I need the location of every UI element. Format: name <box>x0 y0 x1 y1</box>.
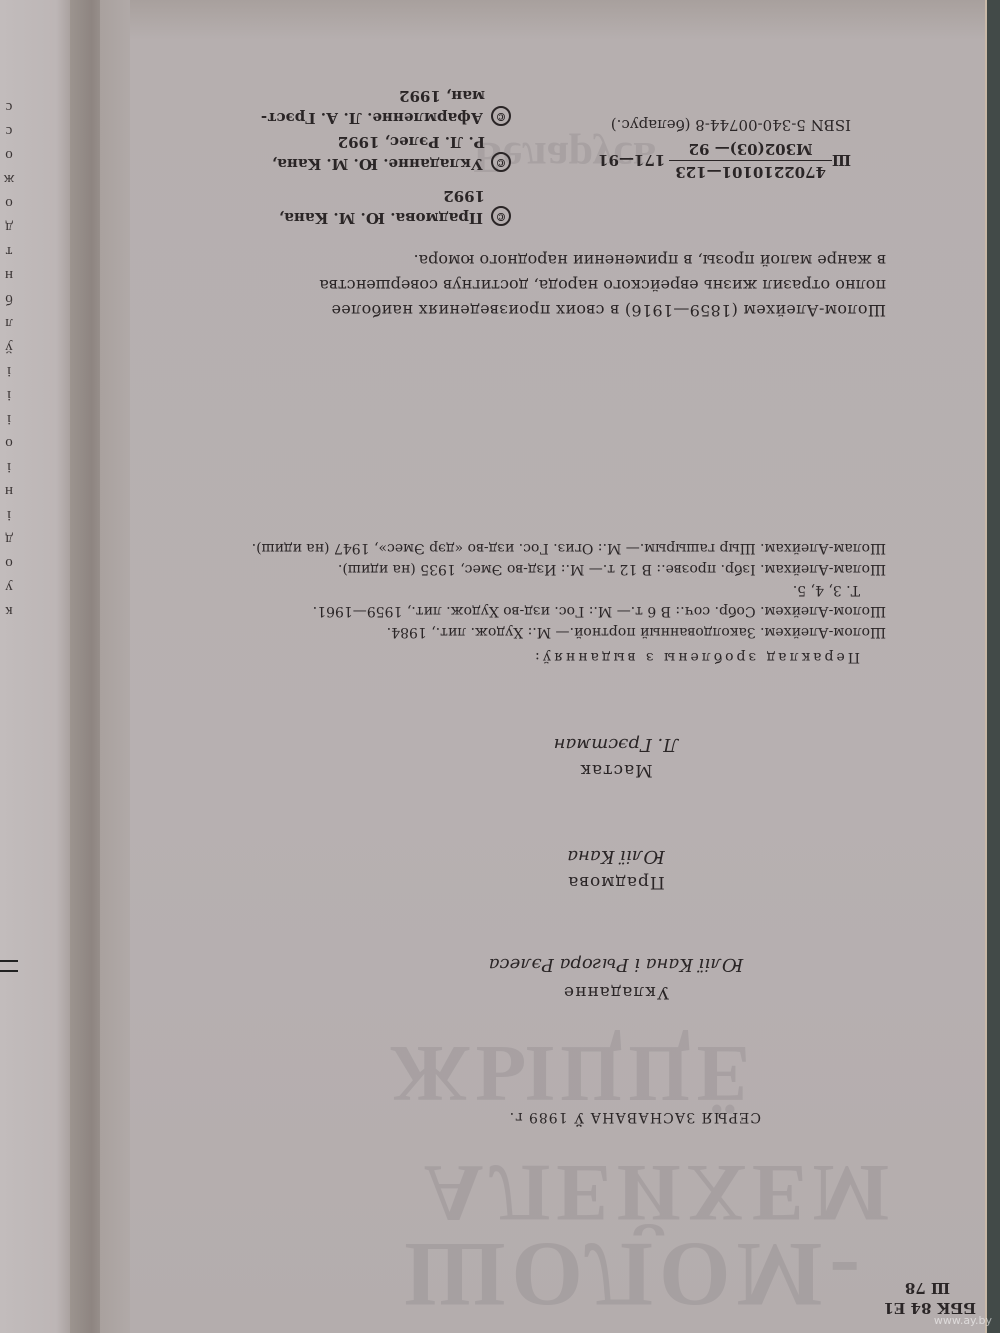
left-page-glyph: і <box>2 503 16 527</box>
sources-heading: Пераклад зроблены з выданняў: <box>252 646 886 668</box>
annotation-line: Шолом-Алейхем (1859—1916) в своих произв… <box>146 298 886 323</box>
copyright-icon: © <box>491 106 511 126</box>
copyright-line: Укладанне. Ю. М. Кана, <box>272 155 483 173</box>
left-page-glyph: д <box>2 527 16 551</box>
left-page-glyph: о <box>2 191 16 215</box>
left-page-glyph: л <box>2 311 16 335</box>
left-page-rule <box>0 970 18 972</box>
left-page-glyph: н <box>2 479 16 503</box>
catalog-codes: ББК 84 Е1 Ш 78 <box>884 1278 976 1318</box>
left-page-glyph: к <box>2 599 16 623</box>
copyright-icon: © <box>491 206 511 226</box>
left-page-glyph: н <box>2 263 16 287</box>
imprint-denominator: М302(03)— 92 <box>669 138 832 160</box>
translation-sources: Пераклад зроблены з выданняў: Шолом-Алей… <box>252 537 886 668</box>
left-page-glyph: о <box>2 143 16 167</box>
imprint-formula: Ш 4702210101—123 М302(03)— 92 171—91 <box>598 138 851 183</box>
annotation: Шолом-Алейхем (1859—1916) в своих произв… <box>146 248 886 323</box>
source-item: Шолом-Алейхем. Заколдованный портной.— М… <box>252 621 886 642</box>
copyright-design: ©Афармленне. Л. А. Грэст- ман, 1992 <box>261 86 511 128</box>
imprint-fraction: 4702210101—123 М302(03)— 92 <box>669 138 832 183</box>
copyright-icon: © <box>491 152 511 172</box>
cover-edge <box>985 0 1000 1333</box>
copyright-line: 1992 <box>261 186 511 206</box>
imprint-content: ШОЛОМ- АЛЕЙХЕМ ЖЫЦЦЁ Беларусь ББК 84 Е1 … <box>130 0 986 1333</box>
bleed-title-line2: АЛЕЙХЕМ <box>424 1148 896 1238</box>
left-page-glyph: д <box>2 215 16 239</box>
copyright-line: Прадмова. Ю. М. Кана, <box>279 209 483 227</box>
copyright-compilation: ©Укладанне. Ю. М. Кана, Р. Л. Рэлес, 199… <box>261 132 511 174</box>
artist-label: Мастак <box>406 759 826 781</box>
left-page-glyph: і <box>2 455 16 479</box>
series-note: СЕРЫЯ ЗАСНАВАНА Ў 1989 г. <box>509 1106 761 1128</box>
isbn: ISBN 5-340-00744-8 (беларус.) <box>598 114 851 136</box>
source-item: Т. 3, 4, 5. <box>252 579 886 600</box>
imprint-block: Ш 4702210101—123 М302(03)— 92 171—91 ISB… <box>598 114 851 183</box>
left-page-glyph: і <box>2 407 16 431</box>
bleed-title-line1: ШОЛОМ- <box>404 1227 866 1323</box>
imprint-suffix: 171—91 <box>598 150 665 172</box>
imprint-numerator: 4702210101—123 <box>669 160 832 183</box>
left-page-rule <box>0 960 18 962</box>
compilation-label: Укладанне <box>406 981 826 1003</box>
left-page-glyph: б <box>2 287 16 311</box>
credits: Укладанне Юлії Кана і Рыгора Рэлеса Прад… <box>406 733 826 1003</box>
annotation-line: полно отразил жизнь еврейского народа, д… <box>146 273 886 298</box>
source-item: Шолам-Алейхам. Шыр гашырым.— М.: Огиз. Г… <box>252 537 886 558</box>
left-page-glyph: ж <box>2 167 16 191</box>
copyright-line: Афармленне. Л. А. Грэст- <box>261 109 483 127</box>
copyrights: ©Прадмова. Ю. М. Кана, 1992 ©Укладанне. … <box>261 86 511 228</box>
copyright-line: ман, 1992 <box>261 86 511 106</box>
left-page-glyph: т <box>2 239 16 263</box>
site-watermark: www.ay.by <box>934 1314 992 1327</box>
imprint-prefix: Ш <box>832 150 851 172</box>
source-item: Шолам-Алейхам. Ізбр. прозве.: В 12 т.— М… <box>252 558 886 579</box>
left-page-glyphs: куодініоіііўлбнтдожосс <box>2 95 16 623</box>
artist-name: Л. Грэстман <box>406 733 826 755</box>
compilation-names: Юлії Кана і Рыгора Рэлеса <box>406 953 826 975</box>
left-page-glyph: с <box>2 119 16 143</box>
annotation-line: в жанре малой прозы, в применении народн… <box>146 248 886 273</box>
left-page-glyph: і <box>2 383 16 407</box>
left-page-glyph: ў <box>2 335 16 359</box>
left-adjacent-page: куодініоіііўлбнтдожосс <box>0 0 70 1333</box>
left-page-glyph: у <box>2 575 16 599</box>
copyright-foreword: ©Прадмова. Ю. М. Кана, 1992 <box>261 186 511 228</box>
foreword-label: Прадмова <box>406 871 826 893</box>
left-page-glyph: о <box>2 431 16 455</box>
author-mark: Ш 78 <box>884 1278 976 1298</box>
source-item: Шолом-Алейхем. Собр. соч.: В 6 т.— М.: Г… <box>252 600 886 621</box>
left-page-glyph: і <box>2 359 16 383</box>
left-page-glyph: о <box>2 551 16 575</box>
foreword-name: Юлії Кана <box>406 845 826 867</box>
copyright-line: Р. Л. Рэлес, 1992 <box>261 132 511 152</box>
left-page-glyph: с <box>2 95 16 119</box>
bleed-title-line3: ЖЫЦЦЁ <box>391 1028 756 1118</box>
